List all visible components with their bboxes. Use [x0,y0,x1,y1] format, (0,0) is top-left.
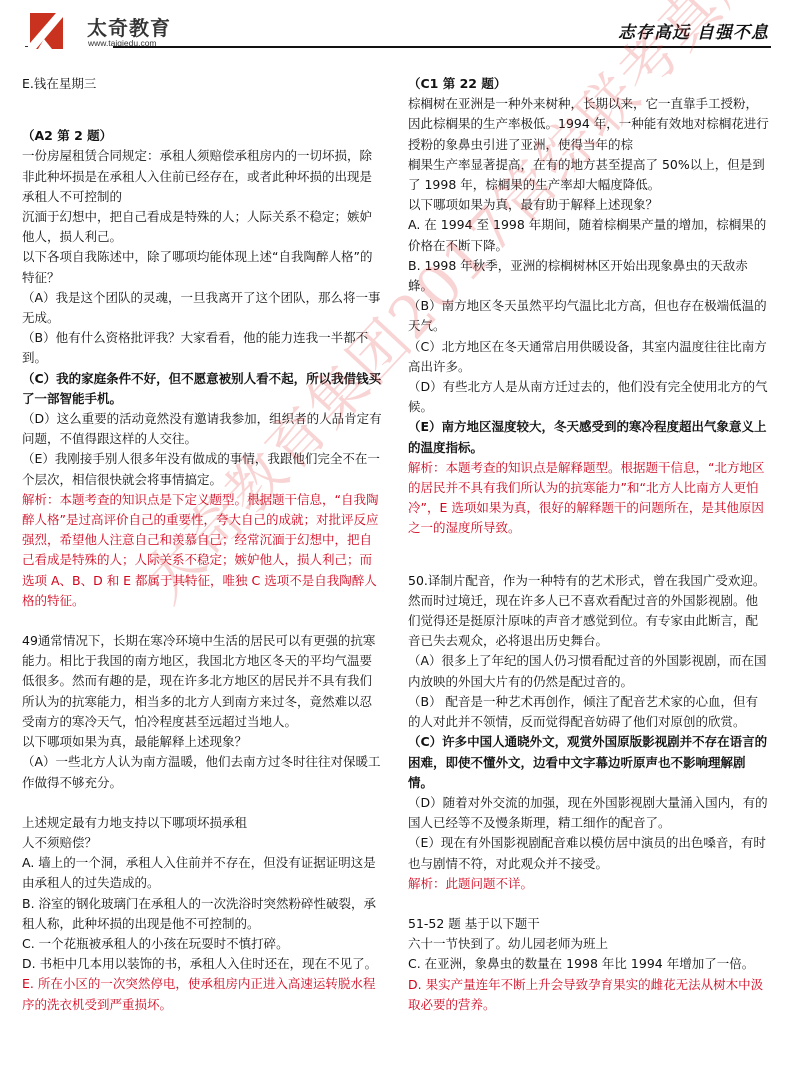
option-d: D. 书柜中几本用以装饰的书，承租人入住时还在，现在不见了。 [22,954,382,974]
question-title: （C1 第 22 题） [408,74,770,94]
option-a: （A）很多上了年纪的国人仍习惯看配过音的外国影视剧，而在国内放映的外国大片有的仍… [408,651,770,691]
right-column: （C1 第 22 题） 棕榈树在亚洲是一种外来树种，长期以来，它一直靠手工授粉，… [408,74,770,1015]
spacer [408,894,770,914]
left-column: E.钱在星期三 （A2 第 2 题） 一份房屋租赁合同规定：承租人须赔偿承租房内… [22,74,382,1015]
option-a: A. 墙上的一个洞，承租人入住前并不存在，但没有证据证明这是由承租人的过失造成的… [22,853,382,893]
option-e-answer: E. 所在小区的一次突然停电，使承租房内正进入高速运转脱水程序的洗衣机受到严重损… [22,974,382,1014]
motto: 志存高远 自强不息 [618,18,769,43]
option-c: C. 在亚洲，象鼻虫的数量在 1998 年比 1994 年增加了一倍。 [408,954,770,974]
option-a: （A）一些北方人认为南方温暖，他们去南方过冬时往往对保暖工作做得不够充分。 [22,752,382,792]
option-b: （B）他有什么资格批评我？大家看看，他的能力连我一半都不到。 [22,328,382,368]
question-51-52-title: 51-52 题 基于以下题干 [408,914,770,934]
analysis-text: 解析：本题考查的知识点是下定义题型。根据题干信息，“自我陶醉人格”是过高评价自己… [22,490,382,611]
option-a: （A）我是这个团队的灵魂，一旦我离开了这个团队，那么将一事无成。 [22,288,382,328]
option-c-answer: （C）我的家庭条件不好，但不愿意被别人看不起，所以我借钱买了一部智能手机。 [22,369,382,409]
option-e: （E）我刚接手别人很多年没有做成的事情，我跟他们完全不在一个层次，相信很快就会将… [22,449,382,489]
question-title: （A2 第 2 题） [22,126,382,146]
taiqi-logo-icon [30,13,63,49]
option-d-answer: D. 果实产量连年不断上升会导致孕育果实的雌花无法从树木中汲取必要的营养。 [408,975,770,1015]
question-stem: 一份房屋租赁合同规定：承租人须赔偿承租房内的一切坏损，除非此种坏损是在承租人入住… [22,146,382,207]
spacer [22,611,382,631]
option-b: B. 浴室的钢化玻璃门在承租人的一次洗浴时突然粉碎性破裂，承租人称，此种坏损的出… [22,894,382,934]
question-51-52-stem: 六十一节快到了。幼儿园老师为班上 [408,934,770,954]
question-stem: 榈果生产率显著提高，在有的地方甚至提高了 50%以上，但是到了 1998 年，棕… [408,155,770,195]
previous-option-e: E.钱在星期三 [22,74,382,94]
analysis-text: 解析：本题考查的知识点是解释题型。根据题干信息，“北方地区的居民并不具有我们所认… [408,458,770,539]
option-c-answer: （C）许多中国人通晓外文，观赏外国原版影视剧并不存在语言的困难，即使不懂外文，边… [408,732,770,793]
option-e-answer: （E）南方地区湿度较大，冬天感受到的寒冷程度超出气象意义上的温度指标。 [408,417,770,457]
question-50-stem: 50.译制片配音，作为一种特有的艺术形式，曾在我国广受欢迎。然而时过境迁，现在许… [408,571,770,652]
option-c: （C）北方地区在冬天通常启用供暖设备，其室内温度往往比南方高出许多。 [408,337,770,377]
question-stem: 沉湎于幻想中，把自己看成是特殊的人；人际关系不稳定；嫉妒他人，损人利己。 [22,207,382,247]
question-prompt: 以下各项自我陈述中，除了哪项均能体现上述“自我陶醉人格”的特征？ [22,247,382,287]
header-tick [25,46,28,47]
option-d: （D）有些北方人是从南方迁过去的，他们没有完全使用北方的气候。 [408,377,770,417]
question-49-stem: 49通常情况下，长期在寒冷环境中生活的居民可以有更强的抗寒能力。相比于我国的南方… [22,631,382,732]
question-rent-prompt-cont: 人不须赔偿？ [22,833,382,853]
spacer [22,793,382,813]
analysis-text: 解析：此题问题不详。 [408,874,770,894]
option-a: A. 在 1994 至 1998 年期间，随着棕榈果产量的增加，棕榈果的价格在不… [408,215,770,255]
option-b: （B） 配音是一种艺术再创作，倾注了配音艺术家的心血，但有的人对此并不领情，反而… [408,692,770,732]
spacer [408,539,770,559]
question-stem: 棕榈树在亚洲是一种外来树种，长期以来，它一直靠手工授粉，因此棕榈果的生产率极低。… [408,94,770,155]
spacer [22,114,382,126]
logo-name: 太奇教育 [87,12,171,41]
question-49-prompt: 以下哪项如果为真，最能解释上述现象？ [22,732,382,752]
option-d: （D）这么重要的活动竟然没有邀请我参加，组织者的人品肯定有问题，不值得跟这样的人… [22,409,382,449]
spacer [22,94,382,114]
option-c: C. 一个花瓶被承租人的小孩在玩耍时不慎打碎。 [22,934,382,954]
option-b: B. 1998 年秋季，亚洲的棕榈树林区开始出现象鼻虫的天敌赤蜂。 [408,256,770,296]
option-d: （D）随着对外交流的加强，现在外国影视剧大量涌入国内，有的国人已经等不及慢条斯理… [408,793,770,833]
spacer [408,559,770,571]
option-e: （E）现在有外国影视剧配音难以模仿居中演员的出色嗓音，有时也与剧情不符，对此观众… [408,833,770,873]
option-b: （B）南方地区冬天虽然平均气温比北方高，但也存在极端低温的天气。 [408,296,770,336]
question-prompt: 以下哪项如果为真，最有助于解释上述现象？ [408,195,770,215]
question-rent-prompt: 上述规定最有力地支持以下哪项坏损承租 [22,813,382,833]
header-divider [113,46,771,48]
page-header: 太奇教育 www.taiqiedu.com 志存高远 自强不息 [0,0,793,60]
